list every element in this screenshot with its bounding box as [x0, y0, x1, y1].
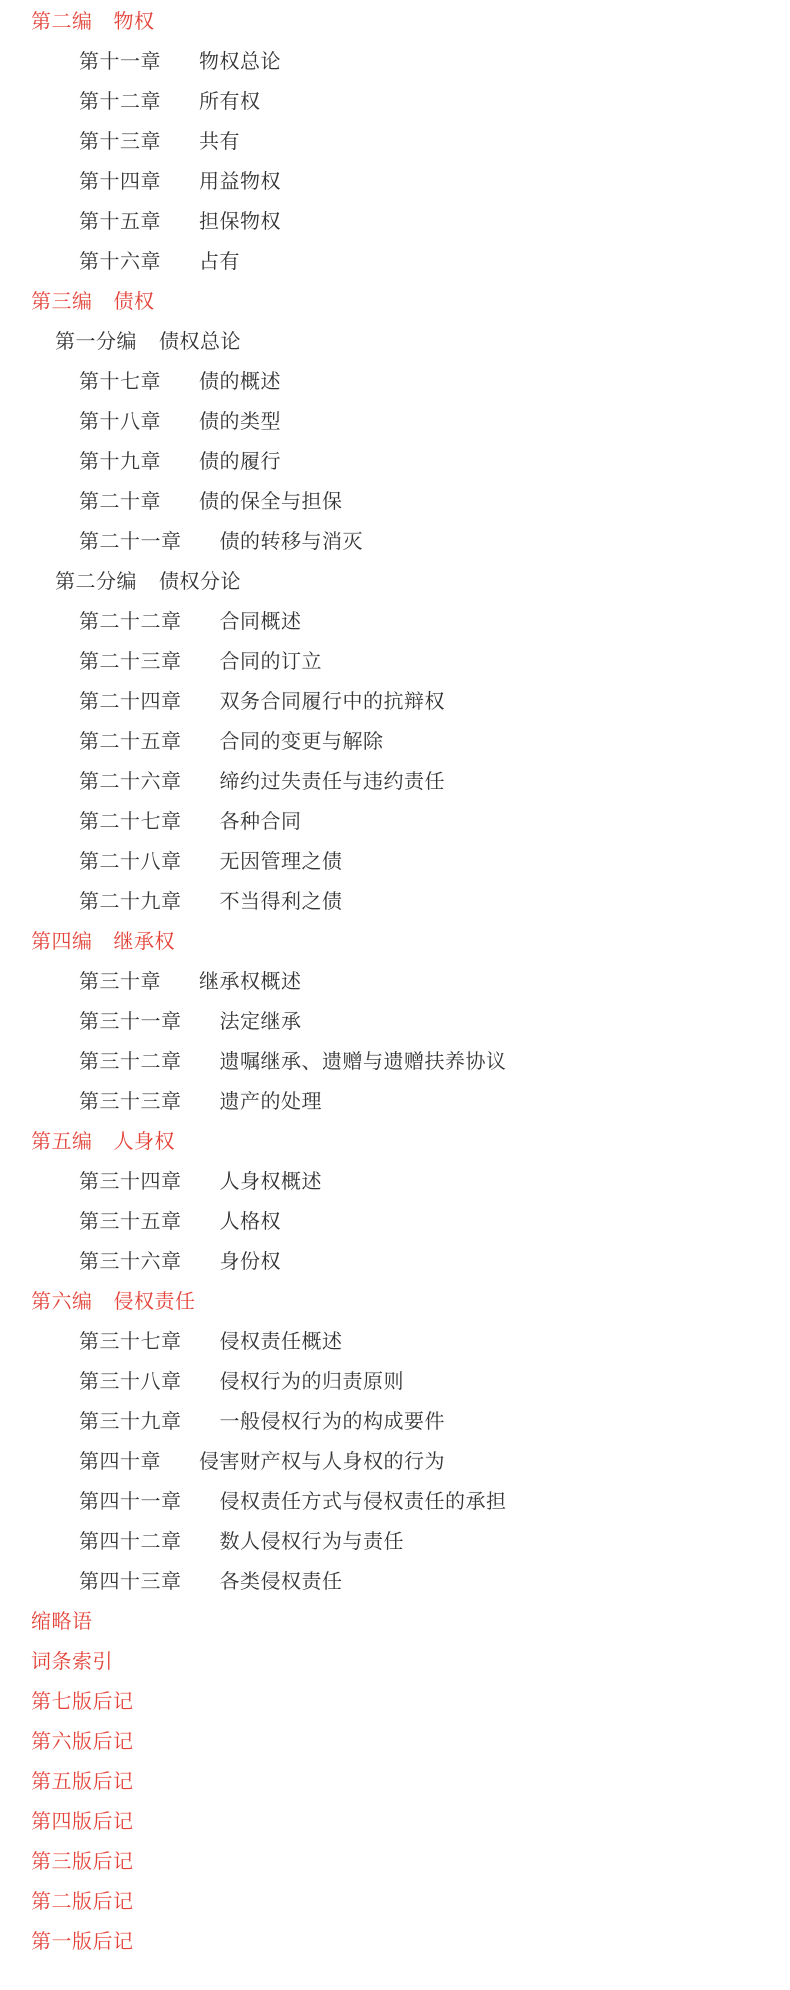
toc-entry-number: 第二十六章 — [79, 762, 182, 802]
toc-entry-number: 第二十一章 — [79, 522, 182, 562]
toc-entry-number: 第六编 — [31, 1282, 93, 1322]
toc-page: 第二编物权第十一章物权总论第十二章所有权第十三章共有第十四章用益物权第十五章担保… — [0, 0, 790, 1990]
toc-chapter-row: 第二十七章各种合同 — [0, 802, 790, 842]
table-of-contents: 第二编物权第十一章物权总论第十二章所有权第十三章共有第十四章用益物权第十五章担保… — [0, 2, 790, 1962]
toc-back-row: 第三版后记 — [0, 1842, 790, 1882]
toc-entry-title: 继承权 — [114, 931, 176, 953]
toc-entry-title: 共有 — [199, 131, 240, 153]
toc-entry-title: 物权 — [114, 11, 155, 33]
toc-entry-title: 侵害财产权与人身权的行为 — [199, 1451, 445, 1473]
toc-entry-title: 人格权 — [220, 1211, 282, 1233]
toc-entry-title: 债权分论 — [159, 571, 241, 593]
toc-back-row: 第七版后记 — [0, 1682, 790, 1722]
toc-entry-number: 第一分编 — [55, 322, 137, 362]
toc-entry-title: 用益物权 — [199, 171, 281, 193]
toc-back-row: 第六版后记 — [0, 1722, 790, 1762]
toc-entry-title: 人身权概述 — [220, 1171, 323, 1193]
toc-entry-title: 法定继承 — [220, 1011, 302, 1033]
toc-chapter-row: 第十三章共有 — [0, 122, 790, 162]
toc-entry-number: 第四十三章 — [79, 1562, 182, 1602]
toc-chapter-row: 第二十八章无因管理之债 — [0, 842, 790, 882]
toc-chapter-row: 第四十一章侵权责任方式与侵权责任的承担 — [0, 1482, 790, 1522]
toc-chapter-row: 第二十章债的保全与担保 — [0, 482, 790, 522]
toc-entry-number: 第三十七章 — [79, 1322, 182, 1362]
toc-entry-number: 第四十二章 — [79, 1522, 182, 1562]
toc-entry-title: 担保物权 — [199, 211, 281, 233]
toc-entry-number: 第二十二章 — [79, 602, 182, 642]
toc-entry-number: 第三十二章 — [79, 1042, 182, 1082]
toc-entry-number: 第十七章 — [79, 362, 161, 402]
toc-chapter-row: 第二十二章合同概述 — [0, 602, 790, 642]
toc-entry-title: 合同的变更与解除 — [220, 731, 384, 753]
toc-entry-title: 债权 — [114, 291, 155, 313]
toc-part-row: 第三编债权 — [0, 282, 790, 322]
toc-chapter-row: 第四十三章各类侵权责任 — [0, 1562, 790, 1602]
toc-entry-title: 不当得利之债 — [220, 891, 343, 913]
toc-chapter-row: 第十一章物权总论 — [0, 42, 790, 82]
toc-back-row: 缩略语 — [0, 1602, 790, 1642]
toc-entry-title: 所有权 — [199, 91, 261, 113]
toc-entry-title: 合同概述 — [220, 611, 302, 633]
toc-entry-title: 一般侵权行为的构成要件 — [220, 1411, 446, 1433]
toc-entry-title: 物权总论 — [199, 51, 281, 73]
toc-chapter-row: 第三十一章法定继承 — [0, 1002, 790, 1042]
toc-subpart-row: 第一分编债权总论 — [0, 322, 790, 362]
toc-entry-title: 身份权 — [220, 1251, 282, 1273]
toc-entry-number: 第十一章 — [79, 42, 161, 82]
toc-entry-number: 第二分编 — [55, 562, 137, 602]
toc-chapter-row: 第三十二章遗嘱继承、遗赠与遗赠扶养协议 — [0, 1042, 790, 1082]
toc-chapter-row: 第二十六章缔约过失责任与违约责任 — [0, 762, 790, 802]
toc-chapter-row: 第二十一章债的转移与消灭 — [0, 522, 790, 562]
toc-entry-title: 侵权责任 — [114, 1291, 196, 1313]
toc-chapter-row: 第三十四章人身权概述 — [0, 1162, 790, 1202]
toc-entry-title: 继承权概述 — [199, 971, 302, 993]
toc-entry-number: 第三十三章 — [79, 1082, 182, 1122]
toc-entry-number: 第三十一章 — [79, 1002, 182, 1042]
toc-entry-number: 第十二章 — [79, 82, 161, 122]
toc-chapter-row: 第三十八章侵权行为的归责原则 — [0, 1362, 790, 1402]
toc-chapter-row: 第十六章占有 — [0, 242, 790, 282]
toc-entry-number: 第十四章 — [79, 162, 161, 202]
toc-entry-title: 债的保全与担保 — [199, 491, 343, 513]
toc-chapter-row: 第十二章所有权 — [0, 82, 790, 122]
toc-entry-number: 第四十一章 — [79, 1482, 182, 1522]
toc-entry-number: 第二十三章 — [79, 642, 182, 682]
toc-entry-number: 第三十四章 — [79, 1162, 182, 1202]
toc-entry-title: 各类侵权责任 — [220, 1571, 343, 1593]
toc-entry-title: 词条索引 — [31, 1651, 113, 1673]
toc-back-row: 词条索引 — [0, 1642, 790, 1682]
toc-chapter-row: 第三十五章人格权 — [0, 1202, 790, 1242]
toc-back-row: 第一版后记 — [0, 1922, 790, 1962]
toc-chapter-row: 第三十六章身份权 — [0, 1242, 790, 1282]
toc-entry-number: 第三十六章 — [79, 1242, 182, 1282]
toc-entry-number: 第二十八章 — [79, 842, 182, 882]
toc-chapter-row: 第三十九章一般侵权行为的构成要件 — [0, 1402, 790, 1442]
toc-entry-title: 缔约过失责任与违约责任 — [220, 771, 446, 793]
toc-entry-title: 合同的订立 — [220, 651, 323, 673]
toc-entry-title: 债的类型 — [199, 411, 281, 433]
toc-entry-title: 第四版后记 — [31, 1811, 134, 1833]
toc-chapter-row: 第四十章侵害财产权与人身权的行为 — [0, 1442, 790, 1482]
toc-entry-title: 侵权责任概述 — [220, 1331, 343, 1353]
toc-entry-number: 第三十五章 — [79, 1202, 182, 1242]
toc-chapter-row: 第三十三章遗产的处理 — [0, 1082, 790, 1122]
toc-chapter-row: 第十八章债的类型 — [0, 402, 790, 442]
toc-subpart-row: 第二分编债权分论 — [0, 562, 790, 602]
toc-chapter-row: 第三十章继承权概述 — [0, 962, 790, 1002]
toc-part-row: 第四编继承权 — [0, 922, 790, 962]
toc-entry-title: 缩略语 — [31, 1611, 93, 1633]
toc-entry-title: 第五版后记 — [31, 1771, 134, 1793]
toc-entry-number: 第十五章 — [79, 202, 161, 242]
toc-entry-title: 债权总论 — [159, 331, 241, 353]
toc-entry-number: 第三十章 — [79, 962, 161, 1002]
toc-entry-number: 第四十章 — [79, 1442, 161, 1482]
toc-entry-number: 第十八章 — [79, 402, 161, 442]
toc-back-row: 第二版后记 — [0, 1882, 790, 1922]
toc-chapter-row: 第十九章债的履行 — [0, 442, 790, 482]
toc-entry-title: 侵权行为的归责原则 — [220, 1371, 405, 1393]
toc-chapter-row: 第二十五章合同的变更与解除 — [0, 722, 790, 762]
toc-chapter-row: 第十七章债的概述 — [0, 362, 790, 402]
toc-chapter-row: 第四十二章数人侵权行为与责任 — [0, 1522, 790, 1562]
toc-chapter-row: 第十五章担保物权 — [0, 202, 790, 242]
toc-entry-number: 第十九章 — [79, 442, 161, 482]
toc-entry-title: 第一版后记 — [31, 1931, 134, 1953]
toc-entry-title: 债的转移与消灭 — [220, 531, 364, 553]
toc-entry-title: 第六版后记 — [31, 1731, 134, 1753]
toc-entry-number: 第二十九章 — [79, 882, 182, 922]
toc-entry-number: 第二十章 — [79, 482, 161, 522]
toc-back-row: 第五版后记 — [0, 1762, 790, 1802]
toc-entry-title: 债的履行 — [199, 451, 281, 473]
toc-entry-title: 债的概述 — [199, 371, 281, 393]
toc-entry-number: 第二十四章 — [79, 682, 182, 722]
toc-entry-number: 第三编 — [31, 282, 93, 322]
toc-entry-title: 遗嘱继承、遗赠与遗赠扶养协议 — [220, 1051, 507, 1073]
toc-entry-title: 第二版后记 — [31, 1891, 134, 1913]
toc-entry-number: 第三十九章 — [79, 1402, 182, 1442]
toc-entry-title: 无因管理之债 — [220, 851, 343, 873]
toc-entry-number: 第三十八章 — [79, 1362, 182, 1402]
toc-entry-number: 第四编 — [31, 922, 93, 962]
toc-entry-title: 第三版后记 — [31, 1851, 134, 1873]
toc-entry-number: 第二十五章 — [79, 722, 182, 762]
toc-entry-title: 双务合同履行中的抗辩权 — [220, 691, 446, 713]
toc-entry-title: 第七版后记 — [31, 1691, 134, 1713]
toc-chapter-row: 第三十七章侵权责任概述 — [0, 1322, 790, 1362]
toc-entry-title: 数人侵权行为与责任 — [220, 1531, 405, 1553]
toc-entry-title: 占有 — [199, 251, 240, 273]
toc-entry-number: 第二十七章 — [79, 802, 182, 842]
toc-entry-title: 人身权 — [114, 1131, 176, 1153]
toc-chapter-row: 第二十四章双务合同履行中的抗辩权 — [0, 682, 790, 722]
toc-chapter-row: 第二十三章合同的订立 — [0, 642, 790, 682]
toc-chapter-row: 第二十九章不当得利之债 — [0, 882, 790, 922]
toc-entry-title: 侵权责任方式与侵权责任的承担 — [220, 1491, 507, 1513]
toc-entry-title: 遗产的处理 — [220, 1091, 323, 1113]
toc-part-row: 第五编人身权 — [0, 1122, 790, 1162]
toc-entry-title: 各种合同 — [220, 811, 302, 833]
toc-part-row: 第二编物权 — [0, 2, 790, 42]
toc-entry-number: 第二编 — [31, 2, 93, 42]
toc-back-row: 第四版后记 — [0, 1802, 790, 1842]
toc-part-row: 第六编侵权责任 — [0, 1282, 790, 1322]
toc-entry-number: 第十六章 — [79, 242, 161, 282]
toc-chapter-row: 第十四章用益物权 — [0, 162, 790, 202]
toc-entry-number: 第十三章 — [79, 122, 161, 162]
toc-entry-number: 第五编 — [31, 1122, 93, 1162]
